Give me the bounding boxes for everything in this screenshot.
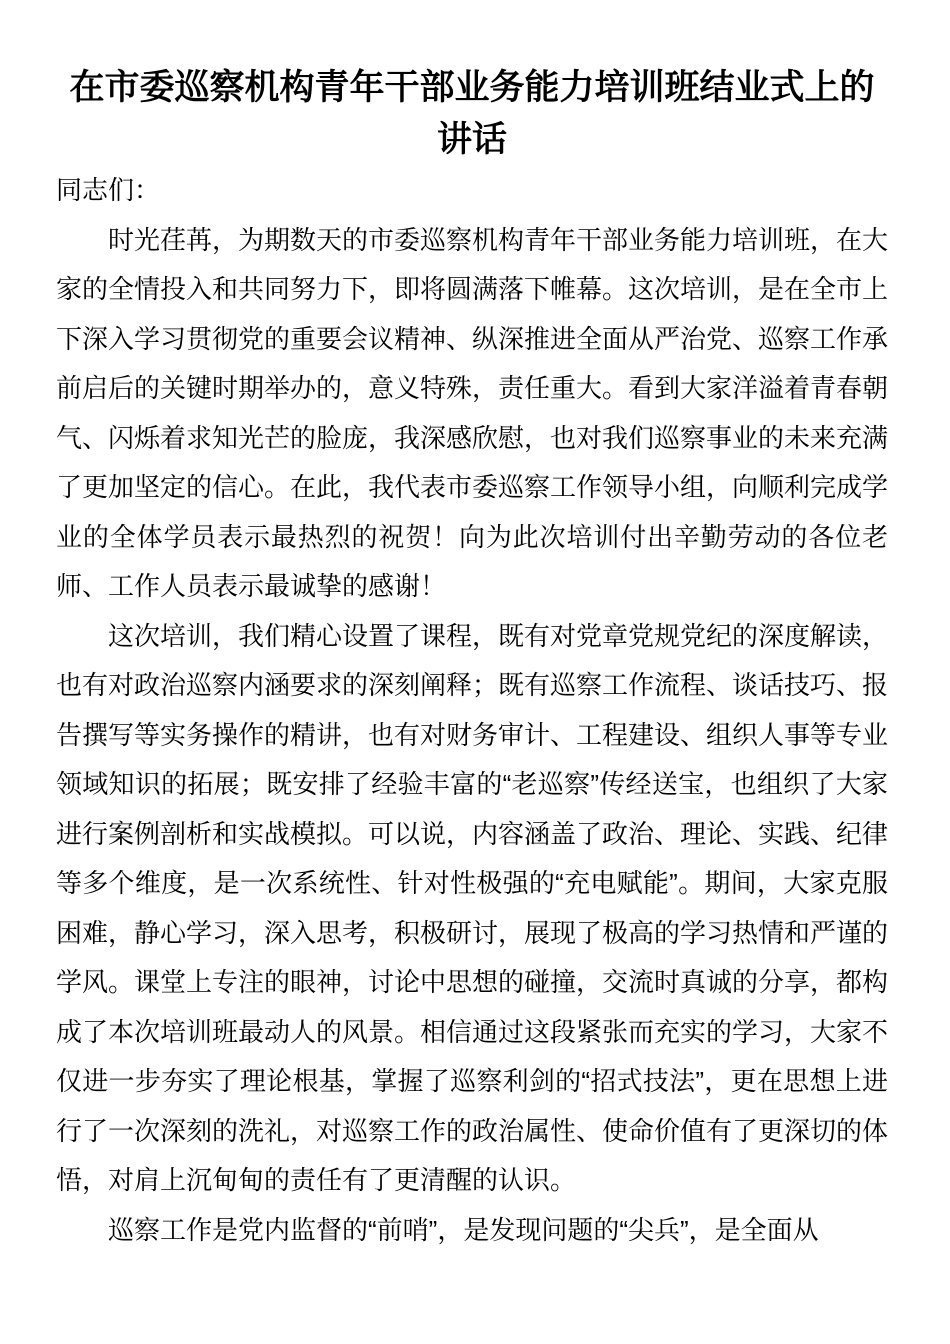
document-title: 在市委巡察机构青年干部业务能力培训班结业式上的讲话 [56, 62, 888, 166]
document-page: 在市委巡察机构青年干部业务能力培训班结业式上的讲话 同志们： 时光荏苒，为期数天… [0, 0, 950, 1344]
paragraph: 时光荏苒，为期数天的市委巡察机构青年干部业务能力培训班，在大家的全情投入和共同努… [56, 216, 888, 612]
salutation: 同志们： [56, 166, 888, 216]
document-body: 同志们： 时光荏苒，为期数天的市委巡察机构青年干部业务能力培训班，在大家的全情投… [56, 166, 888, 1255]
paragraph: 这次培训，我们精心设置了课程，既有对党章党规党纪的深度解读，也有对政治巡察内涵要… [56, 612, 888, 1206]
paragraph: 巡察工作是党内监督的“前哨”，是发现问题的“尖兵”，是全面从 [56, 1206, 888, 1256]
